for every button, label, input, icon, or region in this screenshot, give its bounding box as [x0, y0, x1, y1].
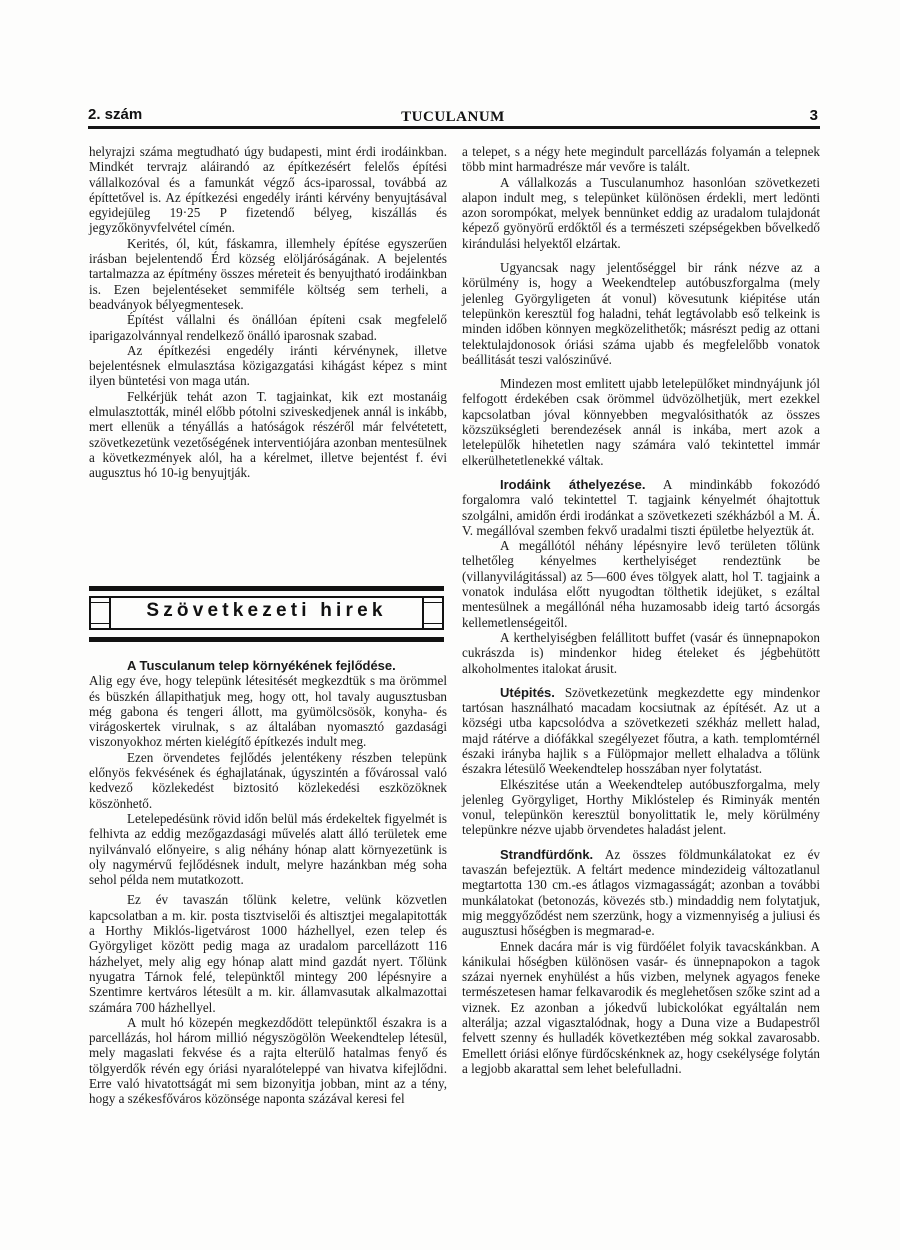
paragraph: Ez év tavaszán tőlünk keletre, velünk kö… [89, 892, 447, 1014]
article-development-left: A Tusculanum telep környékének fejlődése… [89, 658, 447, 1107]
paragraph: A mult hó közepén megkezdődött telepünkt… [89, 1015, 447, 1107]
publication-title: TUCULANUM [88, 109, 818, 126]
banner-ornament-left [89, 596, 111, 630]
page-number: 3 [810, 107, 818, 124]
page-header: 2. szám TUCULANUM 3 [88, 106, 818, 128]
article-heading-text: Utépités. [500, 685, 555, 700]
section-title-banner: Szövetkezeti hirek [89, 586, 444, 642]
section-title: Szövetkezeti hirek [111, 600, 422, 622]
paragraph: Letelepedésünk rövid időn belül más érde… [89, 811, 447, 887]
paragraph: Ezen örvendetes fejlődés jelentékeny rés… [89, 750, 447, 811]
header-rule [88, 126, 820, 129]
paragraph: Alig egy éve, hogy telepünk létesitését … [89, 673, 447, 749]
paragraph: A kerthelyiségben felállitott buffet (va… [462, 630, 820, 676]
paragraph: Kerités, ól, kút, fáskamra, illemhely ép… [89, 236, 447, 312]
paragraph: Az építkezési engedély iránti kérvénynek… [89, 343, 447, 389]
paragraph: Elkészitése után a Weekendtelep autóbusz… [462, 777, 820, 838]
paragraph: a telepet, s a négy hete megindult parce… [462, 144, 820, 175]
article-heading-text: Irodáink áthelyezése. [500, 477, 646, 492]
newspaper-page: 2. szám TUCULANUM 3 helyrajzi száma megt… [0, 0, 900, 1250]
paragraph: A vállalkozás a Tusculanumhoz hasonlóan … [462, 175, 820, 251]
paragraph: A megállótól néhány lépésnyire levő terü… [462, 538, 820, 630]
article-offices: Irodáink áthelyezése. A mindinkább fokoz… [462, 477, 820, 538]
banner-ornament-right [422, 596, 444, 630]
paragraph: Építést vállalni és önállóan építeni csa… [89, 312, 447, 343]
paragraph: Ugyancsak nagy jelentőséggel bir ránk né… [462, 260, 820, 367]
article-heading: A Tusculanum telep környékének fejlődése… [89, 658, 447, 673]
article-beach: Strandfürdőnk. Az összes földmunkálatoka… [462, 847, 820, 939]
left-column: helyrajzi száma megtudható úgy budapesti… [89, 144, 447, 481]
right-column: a telepet, s a négy hete megindult parce… [462, 144, 820, 1076]
paragraph: Felkérjük tehát azon T. tagjainkat, kik … [89, 389, 447, 481]
article-heading-text: A Tusculanum telep környékének fejlődése… [127, 658, 396, 673]
banner-rule-top [89, 586, 444, 591]
paragraph: helyrajzi száma megtudható úgy budapesti… [89, 144, 447, 236]
paragraph: Ennek dacára már is vig fürdőélet folyik… [462, 939, 820, 1077]
banner-rule-bottom [89, 637, 444, 642]
article-heading-text: Strandfürdőnk. [500, 847, 593, 862]
paragraph: Mindezen most emlitett ujabb letelepülők… [462, 376, 820, 468]
article-road: Utépités. Szövetkezetünk megkezdette egy… [462, 685, 820, 777]
